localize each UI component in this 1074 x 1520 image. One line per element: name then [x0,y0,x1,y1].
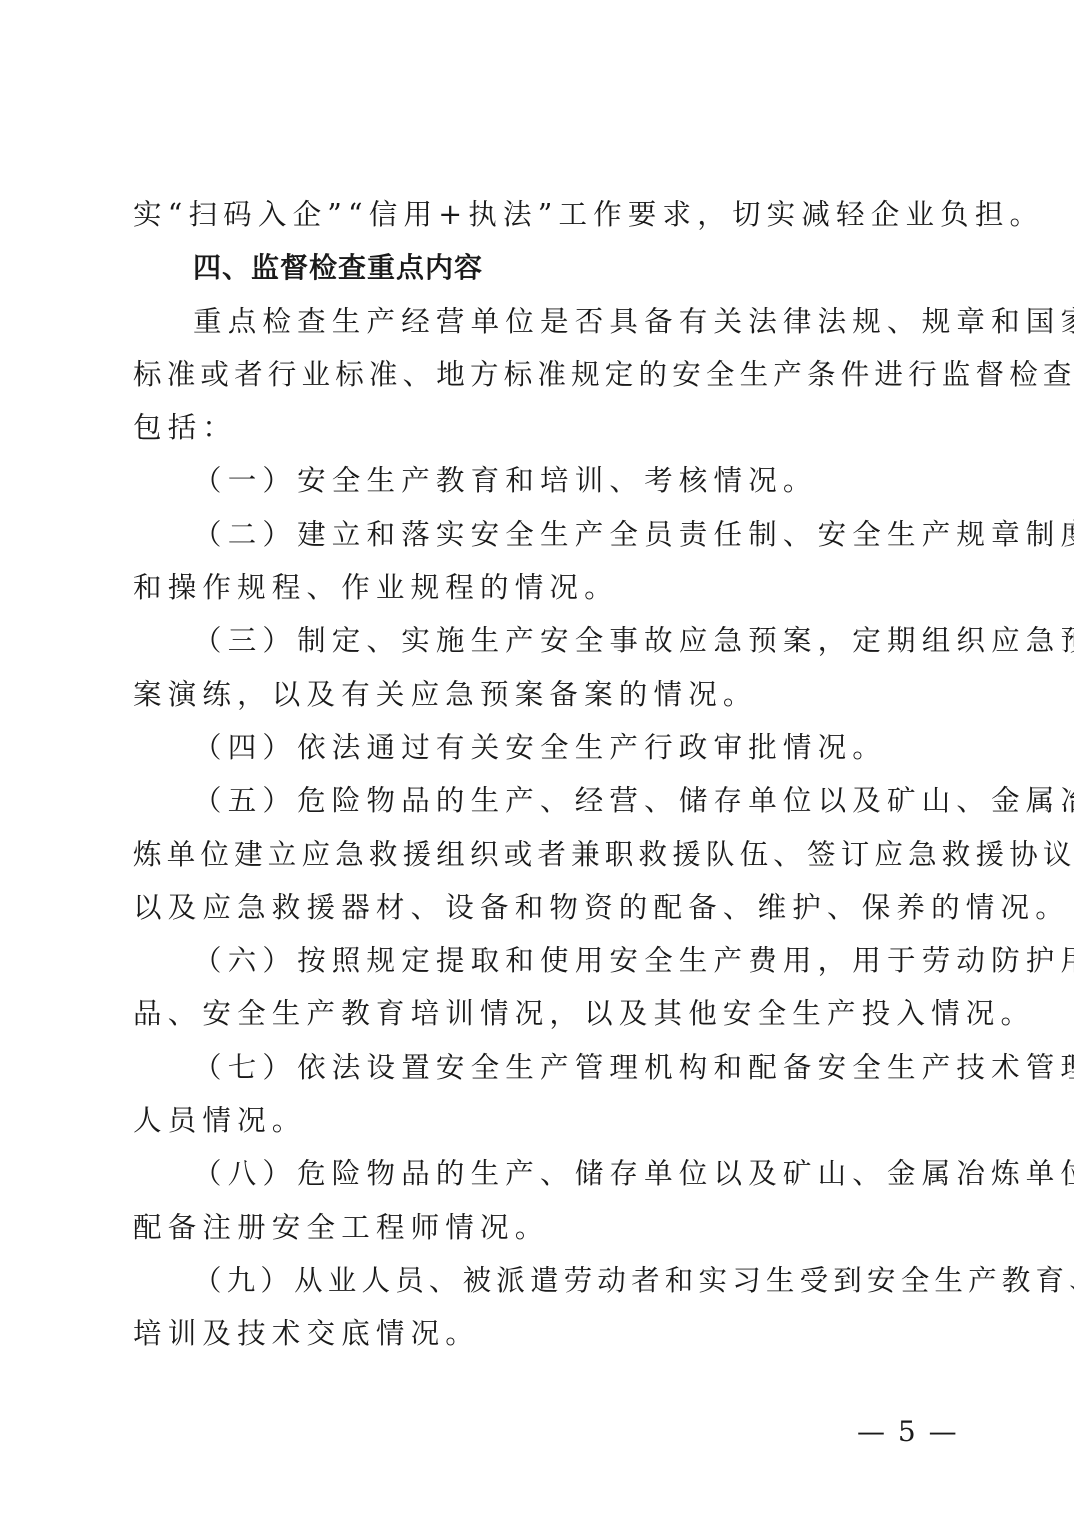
paragraph-line: （五）危险物品的生产、经营、储存单位以及矿山、金属冶 [133,774,945,827]
paragraph-line: （四）依法通过有关安全生产行政审批情况。 [133,721,945,774]
continuation-line: 实“扫码入企”“信用+执法”工作要求，切实减轻企业负担。 [133,188,945,241]
list-item-3: （三）制定、实施生产安全事故应急预案，定期组织应急预 案演练，以及有关应急预案备… [133,614,945,721]
intro-paragraph: 重点检查生产经营单位是否具备有关法律法规、规章和国家 标准或者行业标准、地方标准… [133,295,945,455]
paragraph-line: 人员情况。 [133,1094,945,1147]
paragraph-line: （九）从业人员、被派遣劳动者和实习生受到安全生产教育、 [133,1254,945,1307]
paragraph-line: 以及应急救援器材、设备和物资的配备、维护、保养的情况。 [133,881,945,934]
list-item-2: （二）建立和落实安全生产全员责任制、安全生产规章制度 和操作规程、作业规程的情况… [133,508,945,615]
list-item-8: （八）危险物品的生产、储存单位以及矿山、金属冶炼单位 配备注册安全工程师情况。 [133,1147,945,1254]
paragraph-line: （六）按照规定提取和使用安全生产费用，用于劳动防护用 [133,934,945,987]
paragraph-line: 包括： [133,401,945,454]
paragraph-line: （七）依法设置安全生产管理机构和配备安全生产技术管理 [133,1041,945,1094]
paragraph-line: （一）安全生产教育和培训、考核情况。 [133,454,945,507]
list-item-9: （九）从业人员、被派遣劳动者和实习生受到安全生产教育、 培训及技术交底情况。 [133,1254,945,1361]
list-item-6: （六）按照规定提取和使用安全生产费用，用于劳动防护用 品、安全生产教育培训情况，… [133,934,945,1041]
list-item-5: （五）危险物品的生产、经营、储存单位以及矿山、金属冶 炼单位建立应急救援组织或者… [133,774,945,934]
paragraph-line: 重点检查生产经营单位是否具备有关法律法规、规章和国家 [133,295,945,348]
list-item-4: （四）依法通过有关安全生产行政审批情况。 [133,721,945,774]
list-item-7: （七）依法设置安全生产管理机构和配备安全生产技术管理 人员情况。 [133,1041,945,1148]
paragraph-line: 配备注册安全工程师情况。 [133,1201,945,1254]
section-heading: 四、监督检查重点内容 [133,241,945,294]
paragraph-line: 培训及技术交底情况。 [133,1307,945,1360]
paragraph-line: 和操作规程、作业规程的情况。 [133,561,945,614]
paragraph-line: （三）制定、实施生产安全事故应急预案，定期组织应急预 [133,614,945,667]
paragraph-line: 案演练，以及有关应急预案备案的情况。 [133,668,945,721]
paragraph-line: （二）建立和落实安全生产全员责任制、安全生产规章制度 [133,508,945,561]
paragraph-line: 炼单位建立应急救援组织或者兼职救援队伍、签订应急救援协议， [133,828,945,881]
list-item-1: （一）安全生产教育和培训、考核情况。 [133,454,945,507]
page-number: — 5 — [857,1415,959,1448]
paragraph-line: 标准或者行业标准、地方标准规定的安全生产条件进行监督检查， [133,348,945,401]
paragraph-line: （八）危险物品的生产、储存单位以及矿山、金属冶炼单位 [133,1147,945,1200]
paragraph-line: 品、安全生产教育培训情况，以及其他安全生产投入情况。 [133,987,945,1040]
document-page: 实“扫码入企”“信用+执法”工作要求，切实减轻企业负担。 四、监督检查重点内容 … [133,188,945,1361]
